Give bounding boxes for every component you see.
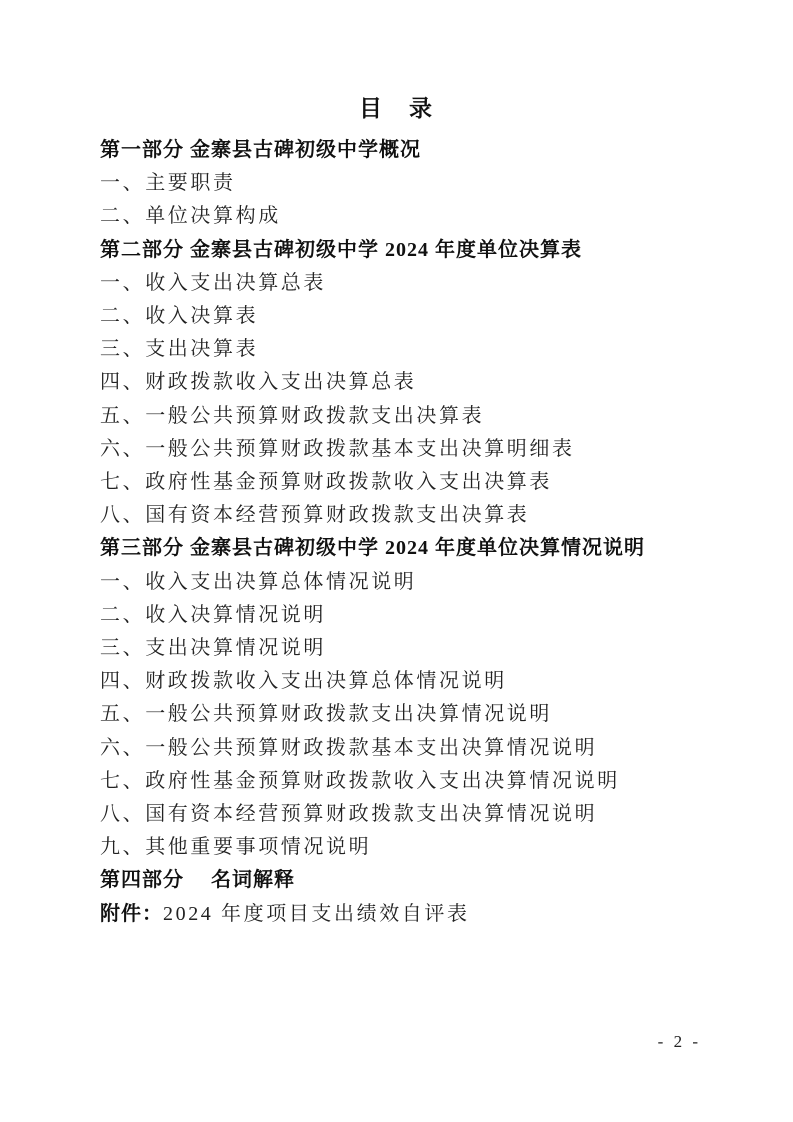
- toc-item: 三、支出决算表: [100, 333, 693, 366]
- toc-item: 七、政府性基金预算财政拨款收入支出决算情况说明: [100, 765, 693, 798]
- toc-item: 三、支出决算情况说明: [100, 632, 693, 665]
- toc-item: 八、国有资本经营预算财政拨款支出决算情况说明: [100, 798, 693, 831]
- toc-item: 四、财政拨款收入支出决算总表: [100, 366, 693, 399]
- toc-section-heading: 第四部分 名词解释: [100, 864, 693, 897]
- toc-item: 一、收入支出决算总表: [100, 267, 693, 300]
- toc-item: 八、国有资本经营预算财政拨款支出决算表: [100, 499, 693, 532]
- toc-item: 二、收入决算情况说明: [100, 599, 693, 632]
- toc-item: 五、一般公共预算财政拨款支出决算情况说明: [100, 698, 693, 731]
- toc-item: 六、一般公共预算财政拨款基本支出决算情况说明: [100, 732, 693, 765]
- toc-section-heading: 第二部分 金寨县古碑初级中学 2024 年度单位决算表: [100, 234, 693, 267]
- toc-item: 六、一般公共预算财政拨款基本支出决算明细表: [100, 433, 693, 466]
- attachment-label: 附件：: [100, 903, 163, 925]
- toc-section-heading: 第三部分 金寨县古碑初级中学 2024 年度单位决算情况说明: [100, 532, 693, 565]
- toc-section-heading: 第一部分 金寨县古碑初级中学概况: [100, 134, 693, 167]
- table-of-contents: 第一部分 金寨县古碑初级中学概况 一、主要职责 二、单位决算构成 第二部分 金寨…: [100, 134, 693, 931]
- toc-item: 二、单位决算构成: [100, 200, 693, 233]
- toc-item: 五、一般公共预算财政拨款支出决算表: [100, 400, 693, 433]
- page-title: 目 录: [100, 90, 693, 128]
- page-number: - 2 -: [658, 1032, 701, 1052]
- toc-item: 九、其他重要事项情况说明: [100, 831, 693, 864]
- toc-item: 二、收入决算表: [100, 300, 693, 333]
- attachment-title: 2024 年度项目支出绩效自评表: [163, 903, 470, 925]
- toc-attachment-line: 附件：2024 年度项目支出绩效自评表: [100, 898, 693, 931]
- toc-item: 七、政府性基金预算财政拨款收入支出决算表: [100, 466, 693, 499]
- toc-item: 一、主要职责: [100, 167, 693, 200]
- toc-item: 四、财政拨款收入支出决算总体情况说明: [100, 665, 693, 698]
- toc-item: 一、收入支出决算总体情况说明: [100, 566, 693, 599]
- document-page: 目 录 第一部分 金寨县古碑初级中学概况 一、主要职责 二、单位决算构成 第二部…: [0, 0, 793, 1122]
